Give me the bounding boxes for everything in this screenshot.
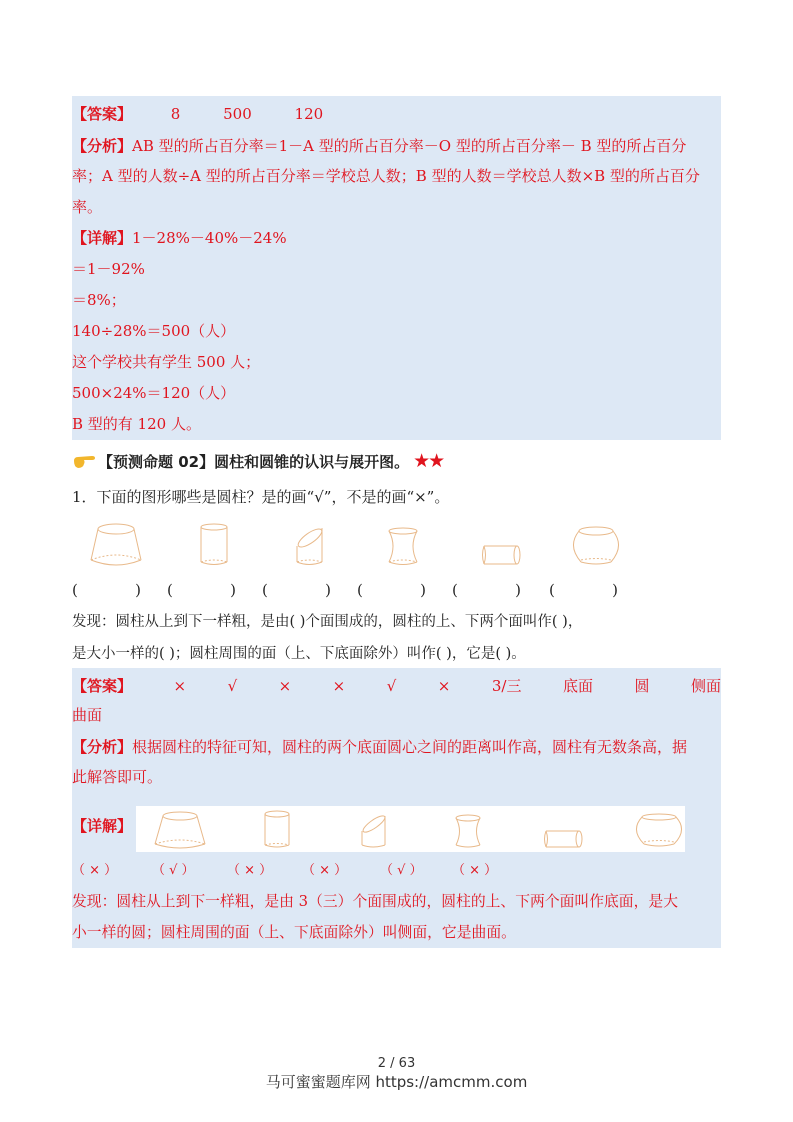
answer-tag: 【答案】 — [72, 676, 132, 696]
discover-line: 是大小一样的( )；圆柱周围的面（上、下底面除外）叫作( )，它是( )。 — [72, 644, 526, 664]
analysis-text: 根据圆柱的特征可知，圆柱的两个底面圆心之间的距离叫作高，圆柱有无数条高，据 — [132, 738, 687, 756]
detail-text: ＝1－92% — [72, 259, 145, 279]
answer-value: 侧面 — [691, 676, 721, 696]
mark: （ × ） — [227, 861, 272, 881]
slanted-cylinder-shape-icon — [358, 812, 390, 850]
answer-value: 500 — [223, 105, 252, 123]
cylinder-shape-icon — [198, 522, 230, 568]
answer-value: 120 — [295, 105, 324, 123]
analysis-tag: 【分析】 — [72, 137, 132, 155]
discover-line: 发现：圆柱从上到下一样粗，是由( )个面围成的，圆柱的上、下两个面叫作( )， — [72, 612, 582, 632]
answer-value: 底面 — [563, 676, 593, 696]
answer-line: 【答案】 8 500 120 — [72, 104, 323, 124]
hourglass-shape-icon — [452, 814, 484, 850]
cylinder-shape-icon — [262, 810, 292, 850]
difficulty-stars-icon: ★★ — [413, 450, 443, 472]
analysis-text: 此解答即可。 — [72, 767, 162, 787]
discover-answer: 小一样的圆；圆柱周围的面（上、下底面除外）叫侧面，它是曲面。 — [72, 923, 516, 943]
answer-value: × — [174, 676, 187, 696]
answer-line: 【答案】 × √ × × √ × 3/三 底面 圆 侧面 — [72, 676, 721, 696]
document-page: 【答案】 8 500 120 【分析】AB 型的所占百分率＝1－A 型的所占百分… — [0, 0, 793, 1122]
mark: （ √ ） — [380, 861, 423, 881]
answer-value: 圆 — [634, 676, 649, 696]
question-prompt: 1．下面的图形哪些是圆柱？是的画“√”，不是的画“×”。 — [72, 487, 449, 507]
discover-answer: 发现：圆柱从上到下一样粗，是由 3（三）个面围成的，圆柱的上、下两个面叫作底面，… — [72, 892, 678, 912]
analysis-line: 【分析】AB 型的所占百分率＝1－A 型的所占百分率－O 型的所占百分率－ B … — [72, 136, 686, 156]
page-number: 2 / 63 — [0, 1056, 793, 1071]
analysis-tag: 【分析】 — [72, 738, 132, 756]
answer-box-1: 【答案】 8 500 120 【分析】AB 型的所占百分率＝1－A 型的所占百分… — [72, 96, 721, 440]
answer-value: √ — [228, 676, 238, 696]
detail-text: 这个学校共有学生 500 人； — [72, 352, 260, 372]
detail-figure-row: 【详解】 — [72, 800, 721, 860]
slanted-cylinder-shape-icon — [293, 524, 327, 568]
answer-value: 曲面 — [72, 705, 102, 725]
answer-box-2: 【答案】 × √ × × √ × 3/三 底面 圆 侧面 曲面 【分析】根据圆柱… — [72, 668, 721, 948]
detail-text: 1－28%－40%－24% — [132, 229, 287, 247]
heading-title: 【预测命题 02】圆柱和圆锥的认识与展开图。 — [98, 451, 409, 472]
detail-text: 500×24%＝120（人） — [72, 383, 235, 403]
answer-blank[interactable]: ( ) — [72, 581, 141, 599]
analysis-line: 【分析】根据圆柱的特征可知，圆柱的两个底面圆心之间的距离叫作高，圆柱有无数条高，… — [72, 737, 687, 757]
answer-value: √ — [387, 676, 397, 696]
detail-figure — [136, 806, 685, 852]
mark: （ × ） — [452, 861, 497, 881]
detail-tag: 【详解】 — [72, 229, 132, 247]
mark: （ × ） — [302, 861, 347, 881]
answer-value: × — [438, 676, 451, 696]
answer-blank[interactable]: ( ) — [262, 581, 331, 599]
mark: （ × ） — [72, 861, 117, 881]
answer-value: × — [279, 676, 292, 696]
answer-value: × — [333, 676, 346, 696]
detail-line: 【详解】1－28%－40%－24% — [72, 228, 287, 248]
answer-blank[interactable]: ( ) — [357, 581, 426, 599]
horizontal-cylinder-shape-icon — [542, 828, 584, 850]
hourglass-shape-icon — [385, 526, 421, 568]
answer-value: 3/三 — [492, 676, 522, 696]
barrel-shape-icon — [634, 811, 684, 849]
horizontal-cylinder-shape-icon — [480, 543, 522, 567]
answer-blank[interactable]: ( ) — [549, 581, 618, 599]
analysis-text: AB 型的所占百分率＝1－A 型的所占百分率－O 型的所占百分率－ B 型的所占… — [132, 137, 686, 155]
answer-value: 8 — [171, 105, 181, 123]
barrel-shape-icon — [571, 524, 621, 568]
answer-blank[interactable]: ( ) — [167, 581, 236, 599]
detail-text: B 型的有 120 人。 — [72, 414, 201, 434]
detail-text: ＝8%； — [72, 290, 126, 310]
pointing-hand-icon — [72, 452, 96, 470]
site-footer: 马可蜜蜜题库网 https://amcmm.com — [0, 1071, 793, 1092]
answer-tag: 【答案】 — [72, 105, 132, 123]
analysis-text: 率；A 型的人数÷A 型的所占百分率＝学校总人数；B 型的人数＝学校总人数×B … — [72, 166, 700, 186]
frustum-shape-icon — [88, 522, 144, 568]
section-heading: 【预测命题 02】圆柱和圆锥的认识与展开图。 ★★ — [72, 450, 443, 472]
answer-blank[interactable]: ( ) — [452, 581, 521, 599]
mark: （ √ ） — [152, 861, 195, 881]
detail-tag: 【详解】 — [72, 816, 132, 836]
frustum-shape-icon — [152, 810, 208, 850]
detail-text: 140÷28%＝500（人） — [72, 321, 235, 341]
analysis-text: 率。 — [72, 197, 102, 217]
